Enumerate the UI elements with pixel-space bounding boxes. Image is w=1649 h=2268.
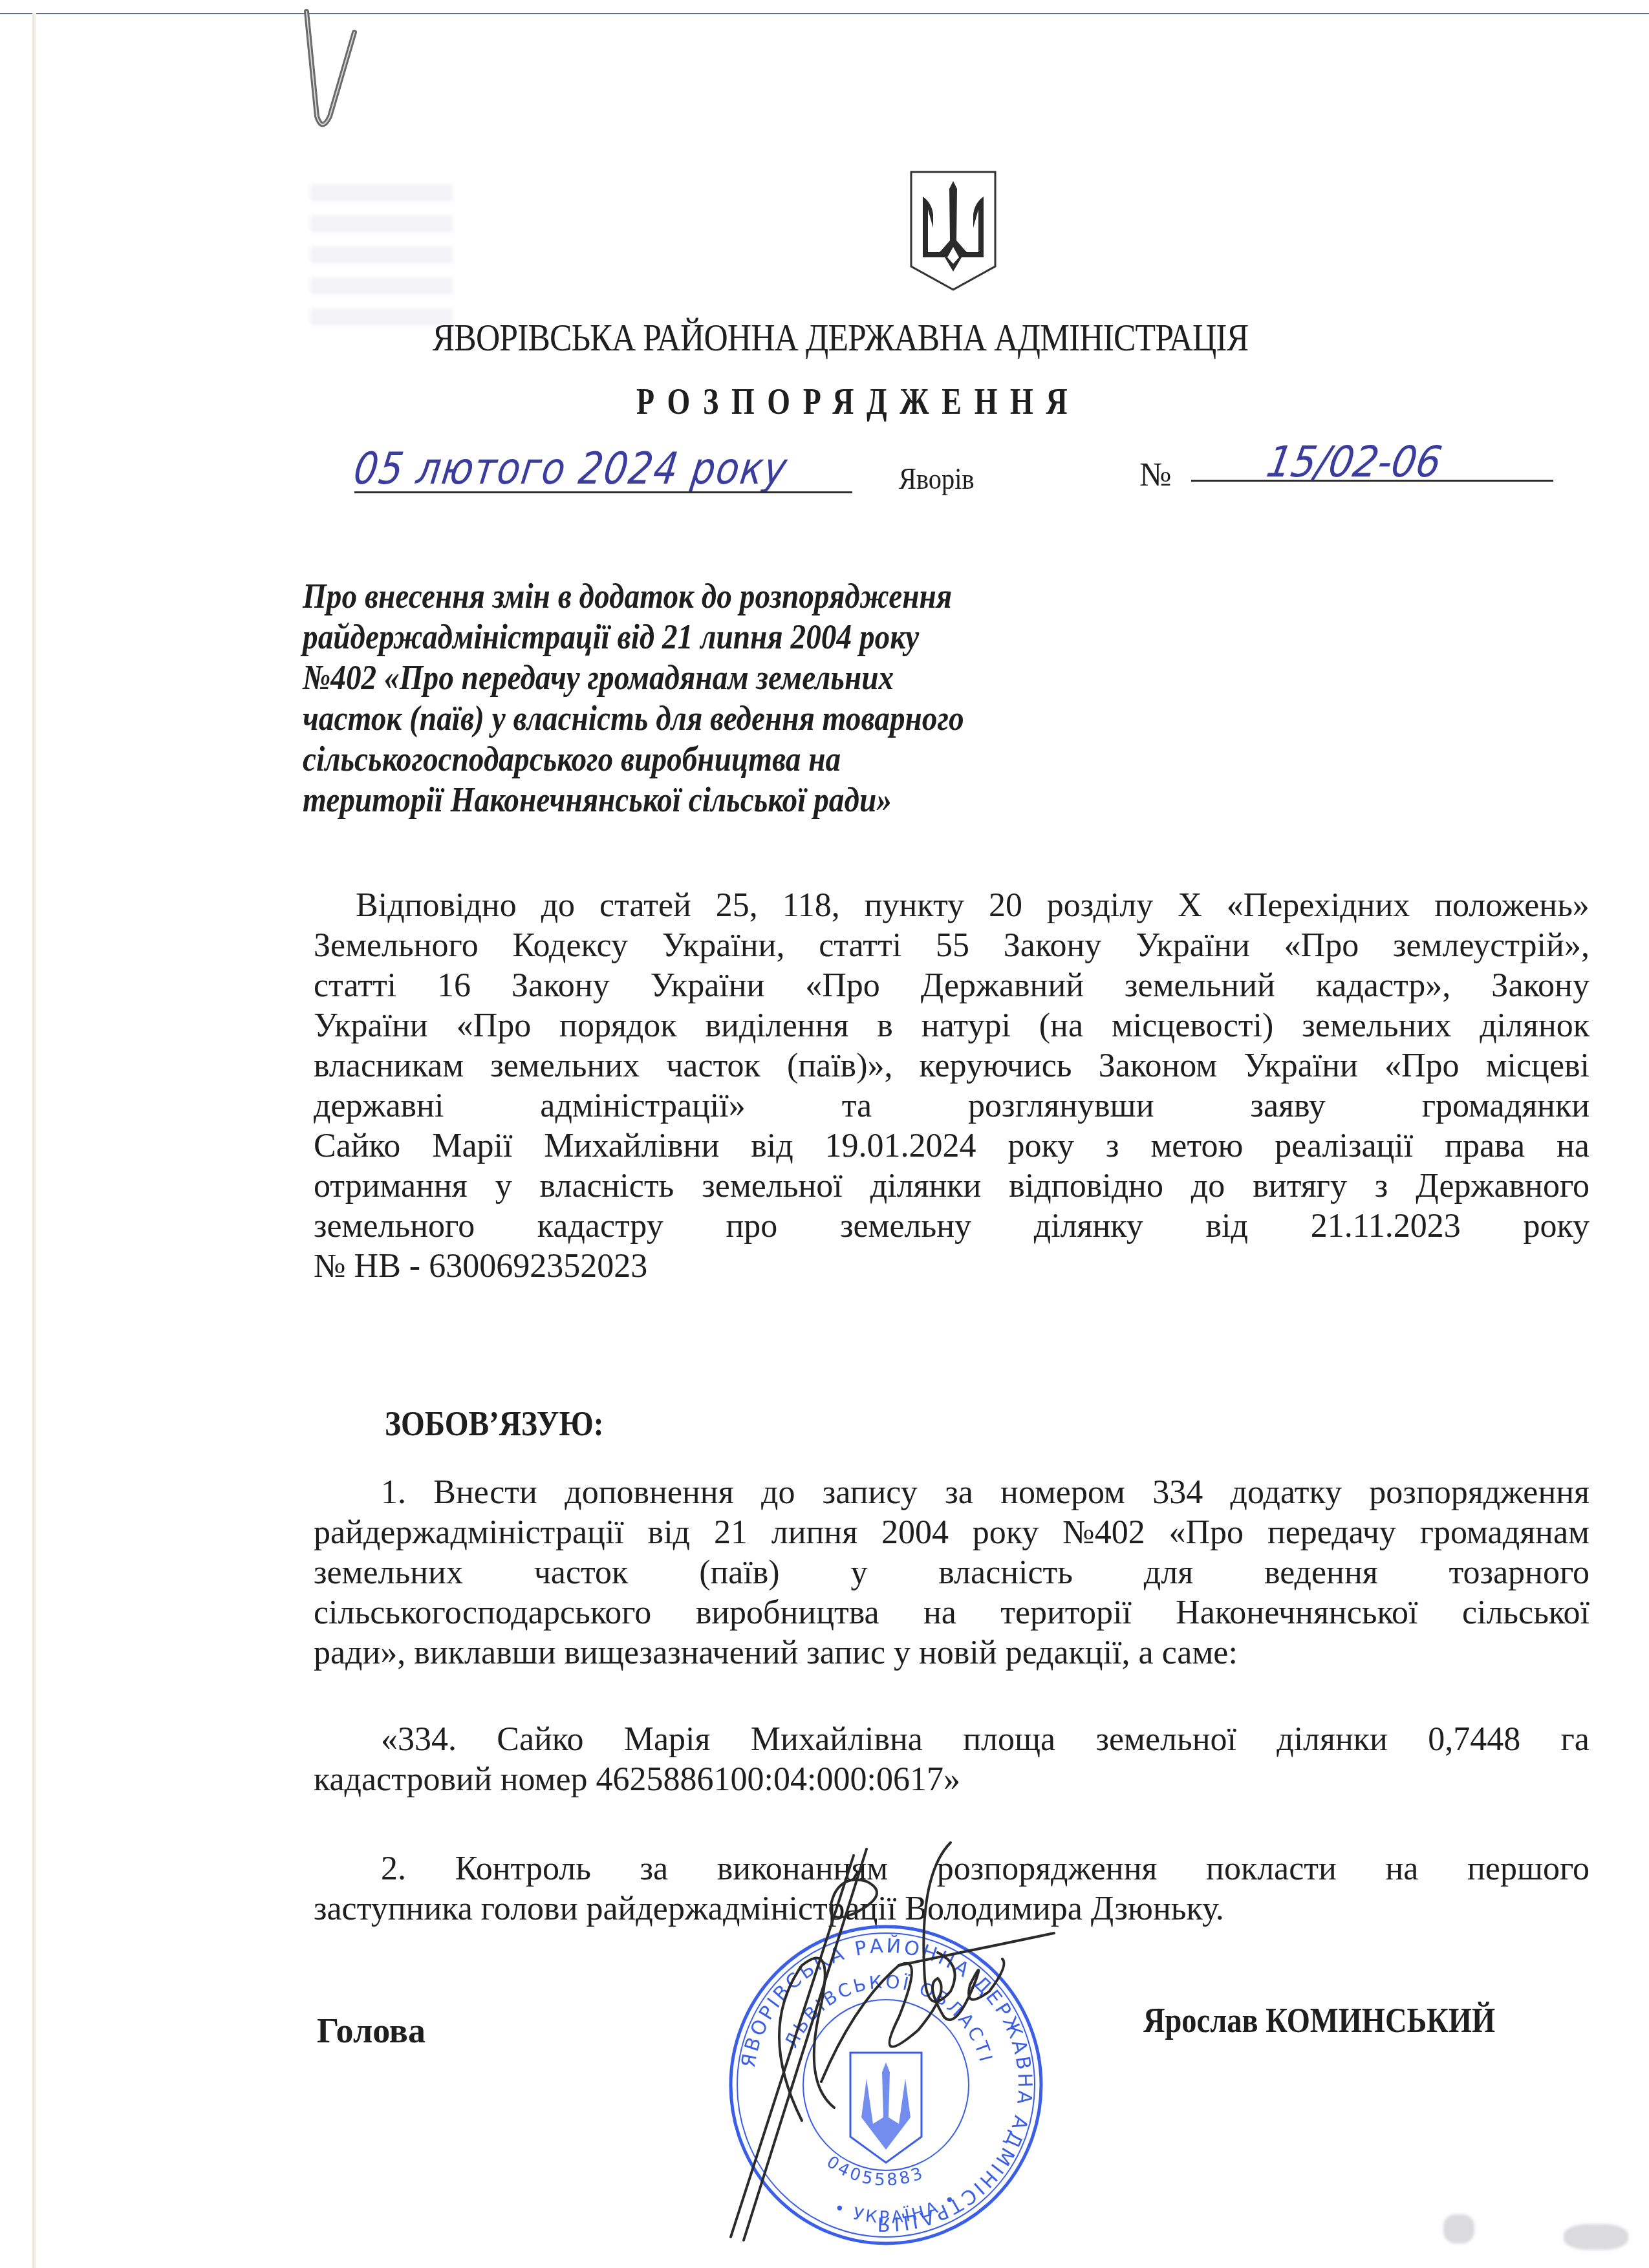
text-line: України«Пропорядоквиділеннявнатурі(наміс… (314, 1006, 1590, 1046)
subject-line: Про внесення змін в додаток до розпорядж… (303, 575, 1026, 616)
text-line: кадастровий номер 4625886100:04:000:0617… (314, 1760, 1590, 1800)
order-item-1: 1.Внестидоповненнядозаписузаномером334до… (314, 1473, 1590, 1673)
text-line: державніадміністрації»тарозглянувшизаяву… (314, 1086, 1590, 1126)
text-line: сільськогосподарськоговиробництванатерит… (314, 1593, 1590, 1633)
text-line: СайкоМаріїМихайлівнивід19.01.2024рокузме… (314, 1126, 1590, 1166)
signatory-name: Ярослав КОМИНСЬКИЙ (1143, 2000, 1495, 2040)
text-line: земельнихчасток(паїв)увласністьдляведенн… (314, 1553, 1590, 1593)
document-type-title: РОЗПОРЯДЖЕННЯ (182, 381, 1535, 423)
subject-line: території Наконечнянської сільської ради… (303, 779, 1026, 820)
subject-line: сільськогосподарського виробництва на (303, 738, 1026, 779)
tryzub-coat-of-arms-icon (907, 169, 999, 292)
signatory-position: Голова (317, 2011, 426, 2051)
text-line: 1.Внестидоповненнядозаписузаномером334до… (314, 1473, 1590, 1513)
subject-line: №402 «Про передачу громадянам земельних (303, 657, 1026, 698)
text-line: власникамземельнихчасток(паїв)»,керуючис… (314, 1046, 1590, 1086)
preamble-paragraph: Відповіднодостатей25,118,пункту20розділу… (314, 886, 1590, 1287)
text-line: Відповіднодостатей25,118,пункту20розділу… (314, 886, 1590, 926)
smudge-mark (1443, 2214, 1474, 2243)
date-underline (354, 491, 852, 493)
city-label: Яворів (899, 462, 975, 496)
subject-line: райдержадміністрації від 21 липня 2004 р… (303, 616, 1026, 657)
order-heading: ЗОБОВ’ЯЗУЮ: (385, 1403, 603, 1444)
text-line: ЗемельногоКодексуУкраїни,статті55ЗаконуУ… (314, 926, 1590, 966)
text-line: «334.СайкоМаріяМихайлівнаплощаземельноїд… (314, 1720, 1590, 1760)
text-line: № НВ - 6300692352023 (314, 1246, 1590, 1287)
text-line: статті16ЗаконуУкраїни«ПроДержавнийземель… (314, 966, 1590, 1006)
text-line: райдержадміністраціївід21липня2004року№4… (314, 1513, 1590, 1553)
text-line: ради», виклавши вищезазначений запис у н… (314, 1633, 1590, 1673)
paperclip-icon (297, 6, 382, 136)
text-line: земельногокадаструпроземельнуділянкувід2… (314, 1206, 1590, 1246)
handwritten-signature (705, 1836, 1067, 2250)
scan-top-edge (0, 0, 1649, 14)
organization-name: ЯВОРІВСЬКА РАЙОННА ДЕРЖАВНА АДМІНІСТРАЦІ… (131, 316, 1549, 360)
subject-line: часток (паїв) у власність для ведення то… (303, 698, 1026, 738)
number-sign: № (1139, 456, 1172, 494)
text-line: отриманняувласністьземельноїділянкивідпо… (314, 1166, 1590, 1206)
smudge-mark (1564, 2224, 1628, 2250)
paper-left-edge (32, 13, 36, 2268)
handwritten-date: 05 лютого 2024 року (350, 444, 791, 495)
amended-record-quote: «334.СайкоМаріяМихайлівнаплощаземельноїд… (314, 1720, 1590, 1800)
handwritten-document-number: 15/02-06 (1263, 437, 1445, 487)
document-subject: Про внесення змін в додаток до розпорядж… (303, 575, 1026, 820)
